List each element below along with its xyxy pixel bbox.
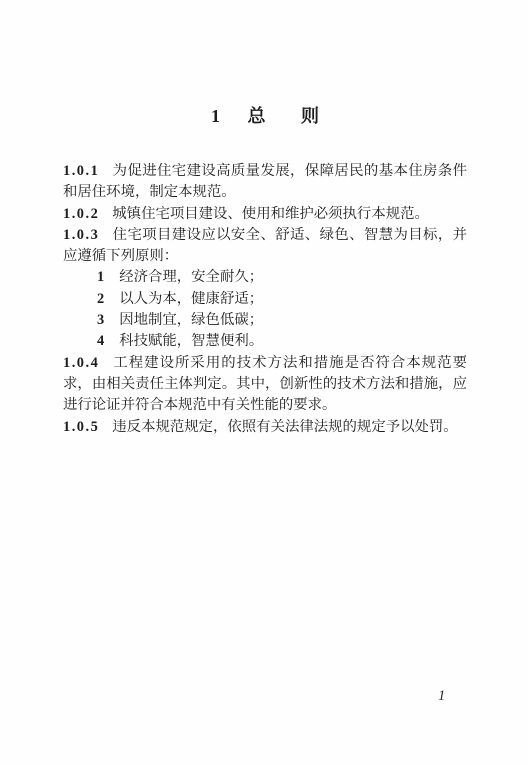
clause-number: 1.0.5 (63, 419, 99, 435)
clause-1-0-3: 1.0.3住宅项目建设应以安全、舒适、绿色、智慧为目标，并应遵循下列原则： (63, 225, 467, 268)
clause-1-0-1: 1.0.1为促进住宅建设高质量发展，保障居民的基本住房条件和居住环境，制定本规范… (63, 161, 467, 204)
item-number: 2 (97, 291, 104, 307)
clause-text: 违反本规范规定，依照有关法律法规的规定予以处罚。 (112, 419, 457, 435)
clause-number: 1.0.2 (63, 206, 99, 222)
principle-item-2: 2以人为本，健康舒适； (63, 289, 467, 310)
item-text: 以人为本，健康舒适； (119, 291, 263, 307)
principle-item-1: 1经济合理，安全耐久； (63, 267, 467, 288)
item-number: 4 (97, 333, 104, 349)
item-text: 经济合理，安全耐久； (119, 269, 263, 285)
item-text: 因地制宜，绿色低碳； (119, 312, 263, 328)
chapter-title: 1 总 则 (63, 104, 467, 129)
chapter-title-word-2: 则 (301, 106, 319, 126)
item-number: 3 (97, 312, 104, 328)
clause-text: 城镇住宅项目建设、使用和维护必须执行本规范。 (112, 206, 429, 222)
principle-item-3: 3因地制宜，绿色低碳； (63, 310, 467, 331)
clause-number: 1.0.4 (63, 355, 99, 371)
clause-text: 为促进住宅建设高质量发展，保障居民的基本住房条件和居住环境，制定本规范。 (63, 163, 467, 200)
clause-1-0-2: 1.0.2城镇住宅项目建设、使用和维护必须执行本规范。 (63, 204, 467, 225)
item-number: 1 (97, 269, 104, 285)
clause-text: 住宅项目建设应以安全、舒适、绿色、智慧为目标，并应遵循下列原则： (63, 227, 467, 264)
clause-number: 1.0.1 (63, 163, 99, 179)
clause-number: 1.0.3 (63, 227, 99, 243)
page-number: 1 (438, 688, 445, 705)
clause-1-0-5: 1.0.5违反本规范规定，依照有关法律法规的规定予以处罚。 (63, 417, 467, 438)
clause-1-0-4: 1.0.4工程建设所采用的技术方法和措施是否符合本规范要求，由相关责任主体判定。… (63, 353, 467, 417)
chapter-title-word-1: 总 (248, 106, 266, 126)
clause-list: 1.0.1为促进住宅建设高质量发展，保障居民的基本住房条件和居住环境，制定本规范… (63, 161, 467, 438)
clause-text: 工程建设所采用的技术方法和措施是否符合本规范要求，由相关责任主体判定。其中，创新… (63, 355, 467, 414)
item-text: 科技赋能，智慧便利。 (119, 333, 263, 349)
document-page: 1 总 则 1.0.1为促进住宅建设高质量发展，保障居民的基本住房条件和居住环境… (0, 0, 528, 765)
chapter-number: 1 (211, 106, 220, 126)
principle-item-4: 4科技赋能，智慧便利。 (63, 331, 467, 352)
